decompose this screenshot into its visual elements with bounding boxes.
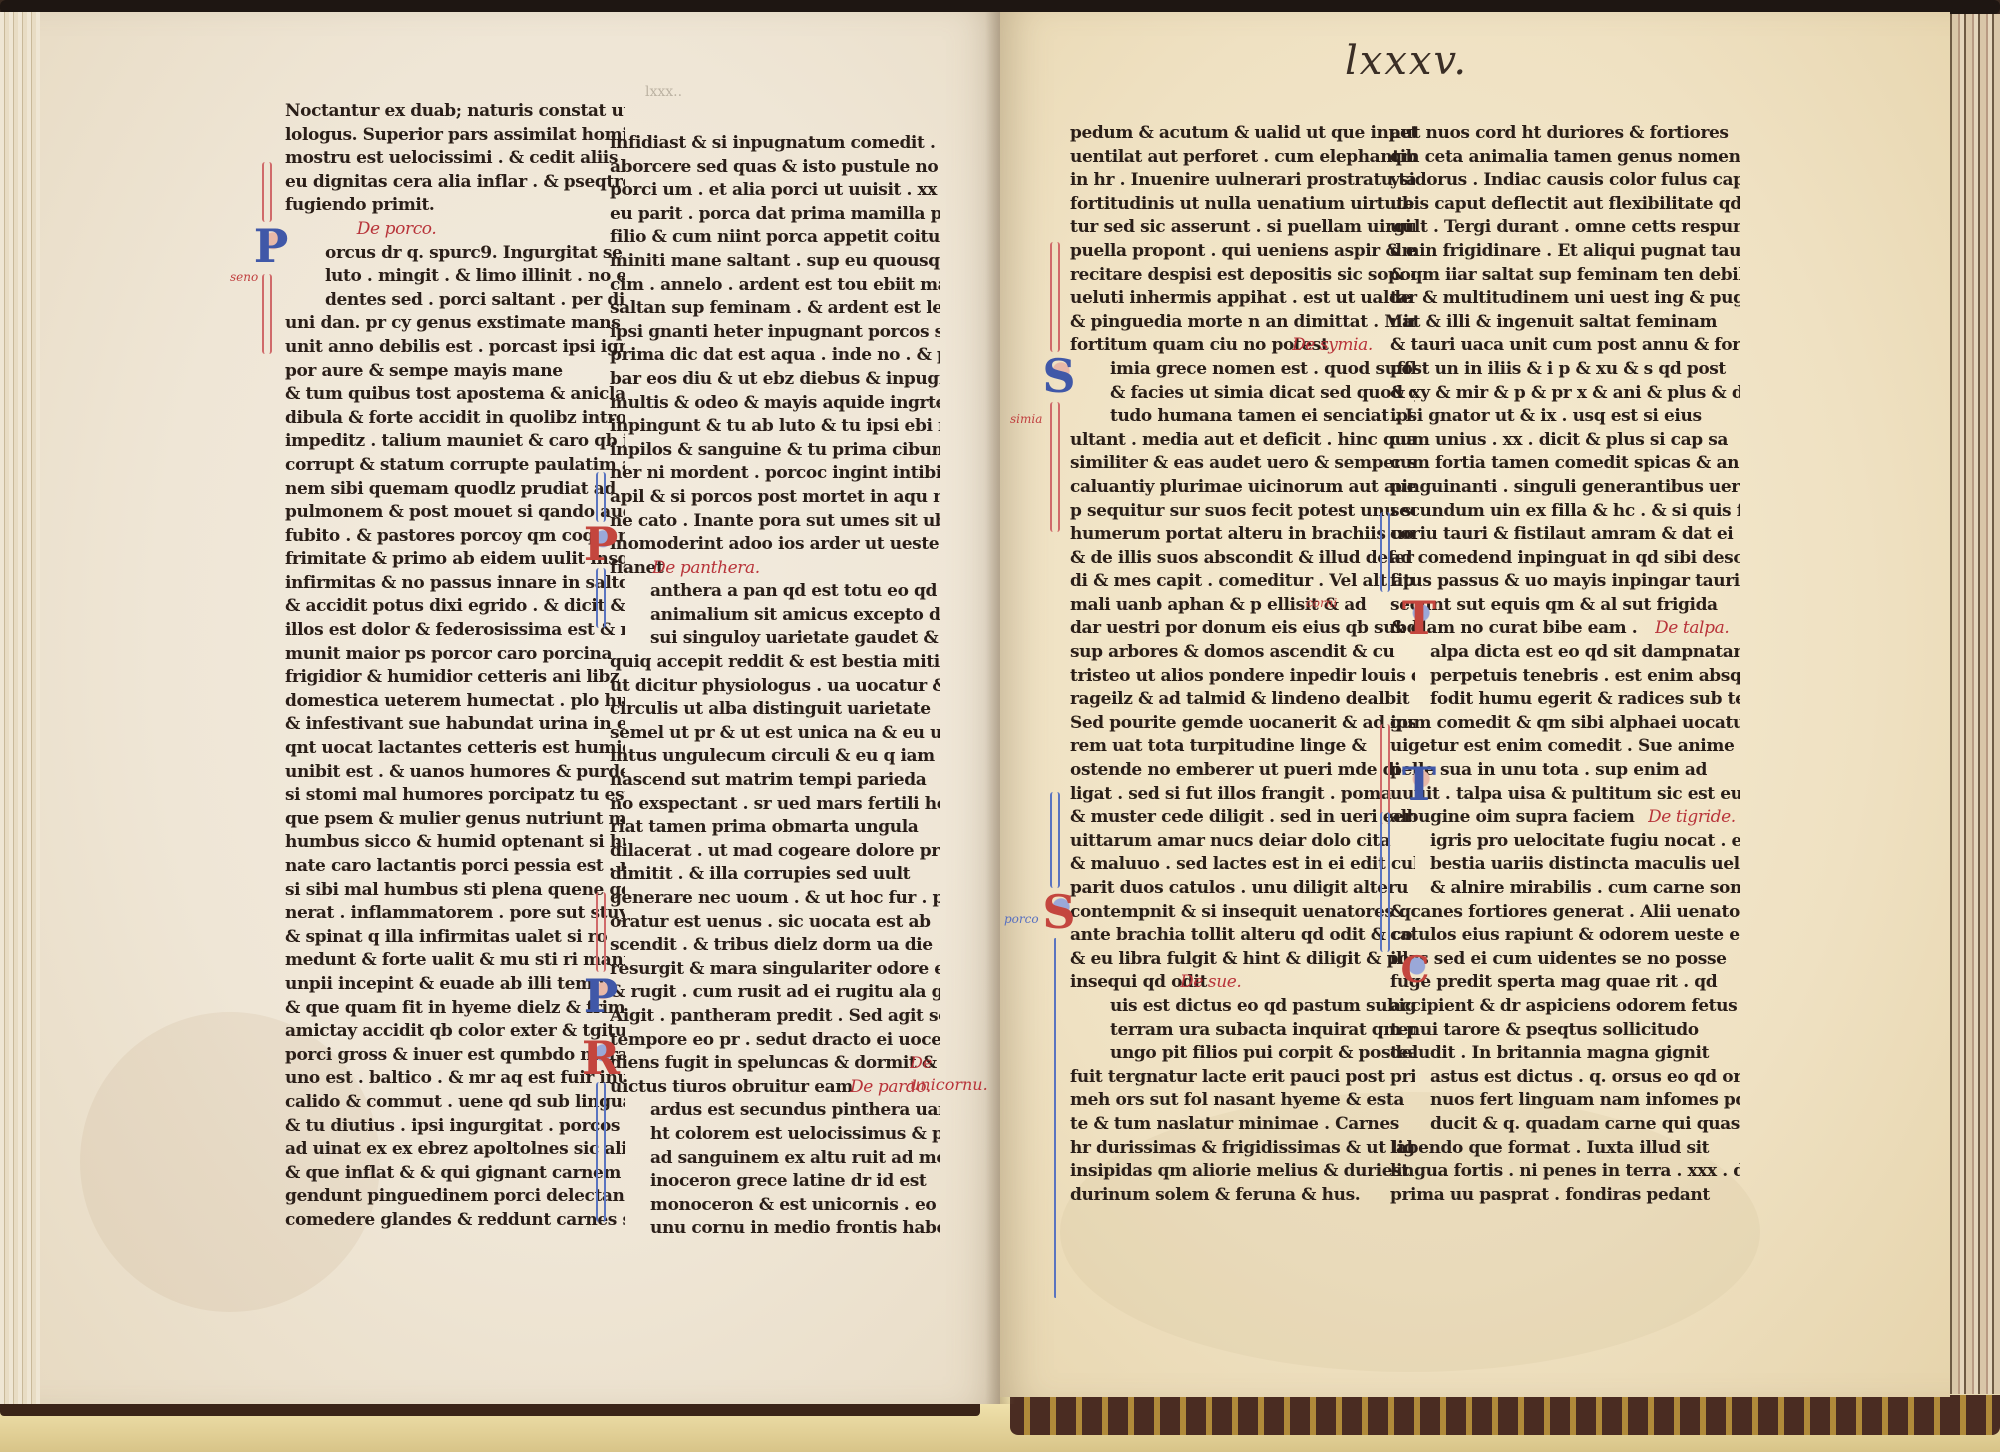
margin-note: corni [1306, 596, 1337, 610]
text-line: saltan sup feminam . & ardent est leu & … [610, 297, 940, 321]
text-line: mali uanb aphan & p ellisit & ad [1070, 594, 1415, 618]
text-block-de-talpa: alpa dicta est eo qd sit dampnatam cecit… [1390, 641, 1740, 830]
text-line: monoceron & est unicornis . eo qd [610, 1194, 940, 1218]
text-block-de-tigride: igris pro uelocitate fugiu nocat . est i… [1390, 830, 1740, 1066]
text-line: secunt sut equis qm & al sut frigida [1390, 594, 1740, 618]
text-line: illos est dolor & federosissima est & ry… [285, 619, 625, 643]
text-line: frimitate & primo ab eidem uulit insqr e… [285, 548, 625, 572]
text-line: por aure & sempe mayis mane [285, 360, 625, 384]
text-line: nerat . inflammatorem . pore sut stuyi u… [285, 902, 625, 926]
text-line: ad comedend inpinguat in qd sibi desolo [1390, 547, 1740, 571]
text-line: impeditz . talium mauniet & caro qb illo [285, 430, 625, 454]
text-line: uis est dictus eo qd pastum subigat hoc … [1070, 995, 1415, 1019]
text-line: cum fortia tamen comedit spicas & an [1390, 452, 1740, 476]
text-line: secundum uin ex filla & hc . & si quis f… [1390, 500, 1740, 524]
text-line: & alnire mirabilis . cum carne sonnia co… [1390, 877, 1740, 901]
text-line: inpilos & sanguine & tu prima cibum supi… [610, 439, 940, 463]
text-line: circulis ut alba distinguit uarietate [610, 698, 940, 722]
text-line: ungo pit filios pui corpit & postea mult [1070, 1042, 1415, 1066]
text-block-de-pardo: ardus est secundus pinthera uariuht colo… [610, 1099, 940, 1170]
text-line: post un in iliis & i p & xu & s qd post [1390, 358, 1740, 382]
text-line: fugiendo primit. [285, 194, 625, 218]
rubric-de-panthera: De panthera. [652, 558, 760, 578]
text-line: qnt uocat lactantes cetteris est humidio… [285, 737, 625, 761]
text-line: imia grece nomen est . quod sufflatis na… [1070, 358, 1415, 382]
text-line: meh ors sut fol nasant hyeme & esta [1070, 1089, 1415, 1113]
text-line: tar & multitudinem uni uest ing & pug [1390, 287, 1740, 311]
text-line: prima uu pasprat . fondiras pedant [1390, 1184, 1740, 1208]
text-line: ligat . sed si fut illos frangit . poma [1070, 783, 1415, 807]
text-line: labendo que format . Iuxta illud sit [1390, 1137, 1740, 1161]
text-line: ubis caput deflectit aut flexibilitate q… [1390, 193, 1740, 217]
rubric-line: De porco. [285, 218, 625, 242]
text-line: calido & commut . uene qd sub lingua nes [285, 1091, 625, 1115]
text-line: cum unius . xx . dicit & plus si cap sa [1390, 429, 1740, 453]
right-page[interactable]: lxxxv. pedum & acutum & ualid ut que inp… [1000, 12, 1950, 1397]
text-line: tristeo ut alios pondere inpedir louis e… [1070, 665, 1415, 689]
text-block-de-symia: imia grece nomen est . quod sufflatis na… [1070, 358, 1415, 995]
text-line: & accidit potus dixi egrido . & dicit & … [285, 595, 625, 619]
text-line: uuuit . talpa uisa & pultitum sic est eu… [1390, 783, 1740, 807]
text-line: ducit & q. quadam carne qui quasi [1390, 1113, 1740, 1137]
text-block-de-castore: astus est dictus . q. orsus eo qd oronuo… [1390, 1066, 1740, 1208]
text-line: caluantiy plurimae uicinorum aut auentan… [1070, 476, 1415, 500]
text-line: unu cornu in medio frontis habeat . unus [610, 1217, 940, 1241]
text-line: durinum solem & feruna & hus. [1070, 1184, 1415, 1208]
text-line: momoderint adoo ios arder ut ueste [610, 533, 940, 557]
text-line: luto . mingit . & limo illinit . no enim [285, 265, 625, 289]
text-line: tenui tarore & pseqtus sollicitudo [1390, 1019, 1740, 1043]
text-line: diens fugit in speluncas & dormit & qi [610, 1052, 940, 1076]
text-line: eu dignitas cera alia inflar . & pseqtre… [285, 171, 625, 195]
folio-number-left-faint: lxxx.. [645, 84, 682, 100]
text-line: medunt & forte ualit & mu sti ri manit [285, 949, 625, 973]
text-line: uni dan. pr cy genus exstimate mans an [285, 312, 625, 336]
initial-flourish [1380, 512, 1390, 592]
text-line: generare nec uoum . & ut hoc fur . phr [610, 887, 940, 911]
text-line: uigetur est enim comedit . Sue anime [1390, 735, 1740, 759]
text-line: pinguinanti . singuli generantibus uero [1390, 476, 1740, 500]
text-line: semel ut pr & ut est unica na & eu ubi [610, 722, 940, 746]
rubric-de-talpa: De talpa. [1655, 618, 1729, 638]
text-line: ad uinat ex ex ebrez apoltolnes sic alia… [285, 1138, 625, 1162]
decorated-initial-c: C [1398, 950, 1432, 990]
text-line: & rugit . cum rusit ad ei rugitu ala gil… [610, 981, 940, 1005]
text-line: fubito . & pastores porcoy qm coquuntur … [285, 525, 625, 549]
text-line: in hr . Inuenire uulnerari prostratu tan… [1070, 169, 1415, 193]
text-line: que psem & mulier genus nutriunt mayis [285, 808, 625, 832]
text-line: ht colorem est uelocissimus & prope [610, 1123, 940, 1147]
text-line: dimitit . & illa corrupies sed uult [610, 863, 940, 887]
text-line: accipient & dr aspiciens odorem fetus su… [1390, 995, 1740, 1019]
text-line: amictay accidit qb color exter & tgitur [285, 1020, 625, 1044]
text-line: quiq accepit reddit & est bestia mitius [610, 651, 940, 675]
text-line: pelle sua in unu tota . sup enim ad [1390, 759, 1740, 783]
text-line: dilacerat . ut mad cogeare dolore pru [610, 840, 940, 864]
margin-note: seno [230, 270, 258, 284]
text-line: sup arbores & domos ascendit & cu [1070, 641, 1415, 665]
text-line: uittarum amar nucs deiar dolo cita [1070, 830, 1415, 854]
text-line: perpetuis tenebris . est enim absque ocu… [1390, 665, 1740, 689]
initial-flourish [1050, 242, 1060, 352]
initial-flourish [596, 892, 606, 972]
text-line: bestia uariis distincta maculis uelocita… [1390, 853, 1740, 877]
text-line: cim . annelo . ardent est tou ebiit man [610, 274, 940, 298]
text-line: infirmitas & no passus innare in saltde [285, 572, 625, 596]
text-line: porci um . et alia porci ut uuisit . xx … [610, 179, 940, 203]
decorated-initial-t: T [1398, 758, 1440, 810]
folio-number: lxxxv. [1345, 38, 1468, 84]
text-line: fuit tergnatur lacte erit pauci post pri… [1070, 1066, 1415, 1090]
decorated-initial-s: S [1038, 350, 1080, 402]
text-line: oratur est uenus . sic uocata est ab [610, 911, 940, 935]
rubric-de-porco: De porco. [357, 219, 437, 239]
decorated-initial-r: R [580, 1032, 622, 1084]
text-line: & qm iiar saltat sup feminam ten debili [1390, 264, 1740, 288]
text-line: eu parit . porca dat prima mamilla primo [610, 203, 940, 227]
text-line: & de illis suos abscondit & illud defer [1070, 547, 1415, 571]
rubric-de-sue: De sue. [1180, 972, 1241, 992]
text-line: di & mes capit . comeditur . Vel alt aph… [1070, 570, 1415, 594]
decorated-initial-p: P [580, 518, 622, 570]
text-line: parit duos catulos . unu diligit alteru [1070, 877, 1415, 901]
text-line: porci gross & inuer est qumbdo mora & in [285, 1044, 625, 1068]
text-line: ner ni mordent . porcoc ingint intibium [610, 462, 940, 486]
text-line: ardus est secundus pinthera uariu [610, 1099, 940, 1123]
text-line: unpii incepint & euade ab illi tempo [285, 973, 625, 997]
text-line: & que quam fit in hyeme dielz & frimitas [285, 997, 625, 1021]
text-line: deludit . In britannia magna gignit [1390, 1042, 1740, 1066]
text-line: si stomi mal humores porcipatz tu est ab [285, 784, 625, 808]
text-line: & tum quibus tost apostema & anicla & ma [285, 383, 625, 407]
text-line: hr durissimas & frigidissimas & ut ligno [1070, 1137, 1415, 1161]
text-line: sui singuloy uarietate gaudet & ad ssim … [610, 627, 940, 651]
rubric-line: De talpa. [1655, 617, 1740, 641]
text-line: inoceron grece latine dr id est [610, 1170, 940, 1194]
text-block-de-panthera: anthera a pan qd est totu eo qd omanimal… [610, 580, 940, 1099]
text-line: lologus. Superior pars assimilat homini … [285, 124, 625, 148]
text-line: fuge predit sperta mag quae rit . qd [1390, 971, 1740, 995]
text-line: & canes fortiores generat . Alii uenator… [1390, 901, 1740, 925]
text-line: infidiast & si inpugnatum comedit . infr… [610, 132, 940, 156]
text-line: dmin frigidinare . Et aliqui pugnat taur… [1390, 240, 1740, 264]
text-line: gum comedit & qm sibi alphaei uocatur [1390, 712, 1740, 736]
text-line: mostru est uelocissimi . & cedit aliis .… [285, 147, 625, 171]
rubric-line: De sue. [1180, 971, 1415, 995]
text-line: fitus passus & uo mayis inpingar tauri [1390, 570, 1740, 594]
text-line: humbus sicco & humid optenant si humi [285, 831, 625, 855]
left-page[interactable]: lxxx.. Noctantur ex duab; naturis consta… [40, 12, 1000, 1404]
text-line: pedum & acutum & ualid ut que inpetierit… [1070, 122, 1415, 146]
text-line: scendit . & tribus dielz dorm ua die [610, 934, 940, 958]
text-line: si sibi mal humbus sti plena quene ge [285, 879, 625, 903]
text-line: uno est . baltico . & mr aq est fuir inu… [285, 1067, 625, 1091]
text-line: & pinguedia morte n an dimittat . Mira [1070, 311, 1415, 335]
text-line: intus ungulecum circuli & eu q iam ad [610, 745, 940, 769]
text-line: rem uat tota turpitudine linge & [1070, 735, 1415, 759]
text-line: filio & cum niint porca appetit coitu ad… [610, 226, 940, 250]
text-line: & spinat q illa infirmitas ualet si ro [285, 926, 625, 950]
text-line: ut dicitur physiologus . ua uocatur & fi… [610, 675, 940, 699]
text-line: recitare despisi est depositis sic sopor… [1070, 264, 1415, 288]
rubric-de-symia: De symia. [1292, 335, 1373, 355]
text-line: domestica ueterem humectat . plo humide [285, 690, 625, 714]
initial-flourish [262, 162, 272, 222]
text-line: & tu diutius . ipsi ingurgitat . porcos … [285, 1115, 625, 1139]
text-line: aborcere sed quas & isto pustule no ueni… [610, 156, 940, 180]
rubric-de-tigride: De tigride. [1648, 807, 1736, 827]
text-line: astus est dictus . q. orsus eo qd oro [1390, 1066, 1740, 1090]
left-column-2: infidiast & si inpugnatum comedit . infr… [610, 132, 940, 1241]
text-line: ne cato . Inante pora sut umes sit ubi [610, 510, 940, 534]
text-line: ueluti inhermis appihat . est ut ualde m… [1070, 287, 1415, 311]
text-line: unibit est . & uanos humores & purdes se… [285, 761, 625, 785]
text-line: unit anno debilis est . porcast ipsi ign… [285, 336, 625, 360]
initial-flourish-tail [1054, 938, 1057, 1298]
text-line: puella propont . qui ueniens aspir & ea … [1070, 240, 1415, 264]
initial-flourish [596, 472, 606, 522]
text-line: terram ura subacta inquirat qm primo sue [1070, 1019, 1415, 1043]
text-line: & xy & mir & p & pr x & ani & plus & dr [1390, 382, 1740, 406]
text-line: fodit humu egerit & radices sub terra fr… [1390, 688, 1740, 712]
text-line: anthera a pan qd est totu eo qd om [610, 580, 940, 604]
page-stack-left-edge [0, 12, 40, 1404]
text-line: ipsi gnanti heter inpugnant porcos sic [610, 321, 940, 345]
text-block-intro: Noctantur ex duab; naturis constat ut di… [285, 100, 625, 218]
text-line: pulmonem & post mouet si qando augmt [285, 501, 625, 525]
text-line: uentilat aut perforet . cum elephantibus… [1070, 146, 1415, 170]
text-line: illos sed ei cum uidentes se no posse [1390, 948, 1740, 972]
decorated-initial-p: P [580, 970, 622, 1022]
text-line: inpingunt & tu ab luto & tu ipsi ebi nai… [610, 415, 940, 439]
text-line: munit maior ps porcor caro porcina [285, 643, 625, 667]
margin-note: simia [1010, 412, 1042, 426]
text-line: Aigit . pantheram predit . Sed agit sot [610, 1005, 940, 1029]
initial-flourish [1380, 812, 1390, 952]
text-line: gendunt pinguedinem porci delectantur [285, 1185, 625, 1209]
text-line: nat & illi & ingenuit saltat feminam [1390, 311, 1740, 335]
text-line: ante brachia tollit alteru qd odit & col… [1070, 924, 1415, 948]
text-line: & que inflat & & qui gignant carnem & q … [285, 1162, 625, 1186]
text-line: igris pro uelocitate fugiu nocat . est i… [1390, 830, 1740, 854]
text-line: comedere glandes & reddunt carnes suaues [285, 1209, 625, 1233]
text-block-porco-cont: infidiast & si inpugnatum comedit . infr… [610, 132, 940, 580]
initial-flourish [596, 1082, 606, 1222]
text-line: rageilz & ad talmid & lindeno dealbit [1070, 688, 1415, 712]
text-line: frigidior & humidior cetteris ani libz m… [285, 666, 625, 690]
initial-flourish [1380, 724, 1390, 824]
text-line: & facies ut simia dicat sed quod qd simi… [1070, 382, 1415, 406]
text-line: ostende no emberer ut pueri mde di [1070, 759, 1415, 783]
text-block-unicornu-cont: pedum & acutum & ualid ut que inpetierit… [1070, 122, 1415, 358]
initial-flourish [596, 568, 606, 628]
text-line: catulos eius rapiunt & odorem ueste eam [1390, 924, 1740, 948]
text-line: tempore eo pr . sedut dracto ei uocem au [610, 1029, 940, 1053]
text-block-de-unicornu: inoceron grece latine dr id estmonoceron… [610, 1170, 940, 1241]
margin-note: porco [1004, 912, 1039, 926]
text-line: animalium sit amicus excepto dracone [610, 604, 940, 628]
text-line: & infestivant sue habundat urina in ea [285, 713, 625, 737]
decorated-initial-t: T [1398, 592, 1440, 644]
text-line: dibula & forte accidit in quolibz intro … [285, 407, 625, 431]
text-line: & muster cede diligit . sed in ueri eeru… [1070, 806, 1415, 830]
text-block-de-porco: orcus dr q. spurc9. Ingurgitat se in cen… [285, 242, 625, 1233]
text-line: contempnit & si insequit uenatores qd di… [1070, 901, 1415, 925]
text-line: ultant . media aut et deficit . hinc qua… [1070, 429, 1415, 453]
text-line: bar eos diu & ut ebz diebus & inpugnit [610, 368, 940, 392]
text-line: Noctantur ex duab; naturis constat ut di… [285, 100, 625, 124]
text-line: & maluuo . sed lactes est in ei edit cul… [1070, 853, 1415, 877]
initial-flourish [1050, 402, 1060, 532]
binding-bottom-gilt-edge [1010, 1395, 2000, 1435]
text-line: no exspectant . sr ued mars fertili hono [610, 793, 940, 817]
text-line: dar uestri por donum eis eius qb subd [1070, 617, 1415, 641]
text-line: orcus dr q. spurc9. Ingurgitat se in cen… [285, 242, 625, 266]
text-block-de-tauro: aut nuos cord ht duriores & fortioresqm … [1390, 122, 1740, 641]
left-column-1: Noctantur ex duab; naturis constat ut di… [285, 100, 625, 1233]
text-line: aut nuos cord ht duriores & fortiores [1390, 122, 1740, 146]
text-line: humerum portat alteru in brachiis uocat [1070, 523, 1415, 547]
text-line: nem sibi quemam quodlz prudiat ad [285, 478, 625, 502]
text-line: coriu tauri & fistilaut amram & dat ei [1390, 523, 1740, 547]
decorated-initial-p: P [250, 220, 292, 272]
decorated-initial-s: S [1038, 886, 1080, 938]
text-line: fortitudinis ut nulla uenatium uirtute c… [1070, 193, 1415, 217]
text-line: lingua fortis . ni penes in terra . xxx … [1390, 1160, 1740, 1184]
text-line: prima dic dat est aqua . inde no . & pos… [610, 344, 940, 368]
text-line: corrupt & statum corrupte paulatim ad mo… [285, 454, 625, 478]
text-line: & eu libra fulgit & hint & diligit & pon… [1070, 948, 1415, 972]
text-block-de-sue: uis est dictus eo qd pastum subigat hoc … [1070, 995, 1415, 1207]
text-line: similiter & eas audet uero & semper silu… [1070, 452, 1415, 476]
text-line: & tauri uaca unit cum post annu & fore [1390, 334, 1740, 358]
initial-flourish [262, 274, 272, 354]
text-line: Sed pourite gemde uocanerit & ad ipsr [1070, 712, 1415, 736]
text-line: insipidas qm aliorie melius & duriest & [1070, 1160, 1415, 1184]
page-stack-right-edge [1950, 14, 2000, 1394]
rubric-line: De tigride. [1648, 806, 1740, 830]
text-line: nate caro lactantis porci pessia est . m… [285, 855, 625, 879]
text-line: dentes sed . porci saltant . per dies . … [285, 289, 625, 313]
text-line: p sequitur sur suos fecit potest unu sup [1070, 500, 1415, 524]
text-line: tudo humana tamen ei senciat . In noua l… [1070, 405, 1415, 429]
text-line: nascend sut matrim tempi parieda [610, 769, 940, 793]
text-line: nuos fert linguam nam infomes pd [1390, 1089, 1740, 1113]
text-line: miniti mane saltant . sup eu quousque de [610, 250, 940, 274]
right-column-2: aut nuos cord ht duriores & fortioresqm … [1390, 122, 1740, 1207]
text-line: resurgit & mara singulariter odore effud [610, 958, 940, 982]
text-line: ipsi gnator ut & ix . usq est si eius [1390, 405, 1740, 429]
text-line: uult . Tergi durant . omne cetts respunt [1390, 216, 1740, 240]
text-line: multis & odeo & mayis aquide ingrte [610, 392, 940, 416]
right-column-1: pedum & acutum & ualid ut que inpetierit… [1070, 122, 1415, 1207]
rubric-de-unicornu: De unicornu. [910, 1052, 980, 1096]
text-line: ad sanguinem ex altu ruit ad mortem [610, 1147, 940, 1171]
text-line: qm ceta animalia tamen genus nomen est u… [1390, 146, 1740, 170]
text-line: ysidorus . Indiac causis color fulus cap… [1390, 169, 1740, 193]
text-line: te & tum naslatur minimae . Carnes [1070, 1113, 1415, 1137]
initial-flourish [1050, 792, 1060, 888]
text-line: riat tamen prima obmarta ungula [610, 816, 940, 840]
text-line: apil & si porcos post mortet in aqu ni m… [610, 486, 940, 510]
text-line: alpa dicta est eo qd sit dampnatam cecit… [1390, 641, 1740, 665]
text-line: tur sed sic asserunt . si puellam uirgin… [1070, 216, 1415, 240]
rubric-line: De panthera. [652, 557, 940, 581]
